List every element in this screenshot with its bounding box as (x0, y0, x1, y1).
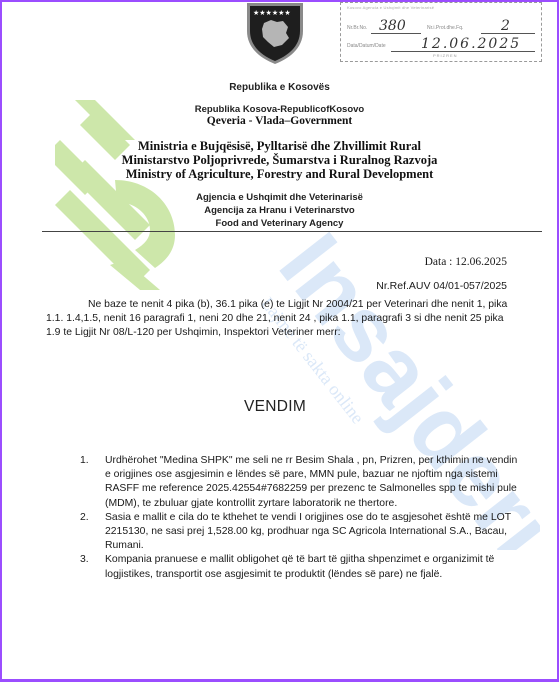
header-divider (42, 231, 542, 232)
svg-text:★★★★★★: ★★★★★★ (253, 9, 291, 17)
stamp-attachments-value: 2 (501, 18, 510, 34)
stamp-date-value: 12.06.2025 (421, 36, 521, 52)
reference-number: Nr.Ref.AUV 04/01-057/2025 (376, 280, 507, 292)
item-text: Urdhërohet "Medina SHPK" me seli ne rr B… (105, 455, 517, 509)
item-text: Kompania pranuese e mallit obligohet që … (105, 554, 494, 579)
agency-name-sr: Agencija za Hranu i Veterinarstvo (0, 205, 559, 216)
agency-name-sq: Agjencia e Ushqimit dhe Veterinarisë (0, 192, 559, 203)
list-item: 1. Urdhërohet "Medina SHPK" me seli ne r… (80, 454, 520, 511)
republic-multilingual: Republika Kosova-RepublicofKosovo (0, 104, 559, 115)
republic-name: Republika e Kosovës (0, 82, 559, 93)
legal-basis-paragraph: Ne baze te nenit 4 pika (b), 36.1 pika (… (46, 298, 516, 341)
stamp-number-value: 380 (379, 18, 406, 34)
decision-items: 1. Urdhërohet "Medina SHPK" me seli ne r… (80, 454, 520, 582)
ministry-name-en: Ministry of Agriculture, Forestry and Ru… (0, 168, 559, 182)
item-text: Sasia e mallit e cila do te kthehet te v… (105, 512, 511, 551)
kosovo-coat-of-arms-icon: ★★★★★★ (244, 1, 306, 65)
government-name: Qeveria - Vlada–Government (0, 115, 559, 127)
legal-basis-text: Ne baze te nenit 4 pika (b), 36.1 pika (… (46, 299, 507, 338)
document-date: Data : 12.06.2025 (425, 256, 507, 268)
stamp-header: Kosovo Agencia e Ushqimit dhe Veterinari… (347, 5, 434, 10)
item-number: 1. (80, 454, 89, 468)
ministry-name-sr: Ministarstvo Poljoprivrede, Šumarstva i … (0, 154, 559, 168)
document-page: Insajderi Lajme të sakta online ★★★★★★ K… (0, 0, 559, 682)
stamp-place: PRIZREN (433, 53, 458, 58)
list-item: 2. Sasia e mallit e cila do te kthehet t… (80, 511, 520, 554)
list-item: 3. Kompania pranuese e mallit obligohet … (80, 553, 520, 581)
item-number: 2. (80, 511, 89, 525)
agency-name-en: Food and Veterinary Agency (0, 218, 559, 229)
registry-stamp: Kosovo Agencia e Ushqimit dhe Veterinari… (340, 2, 542, 62)
item-number: 3. (80, 553, 89, 567)
stamp-date-label: Data/Datum/Date (347, 43, 386, 49)
stamp-attachments-label: Nr.i.Prot.dhe.Fq. (427, 25, 463, 31)
stamp-number-label: Nr.Br.No. (347, 25, 367, 31)
decision-title: VENDIM (244, 398, 306, 416)
ministry-name-sq: Ministria e Bujqësisë, Pylltarisë dhe Zh… (0, 140, 559, 154)
